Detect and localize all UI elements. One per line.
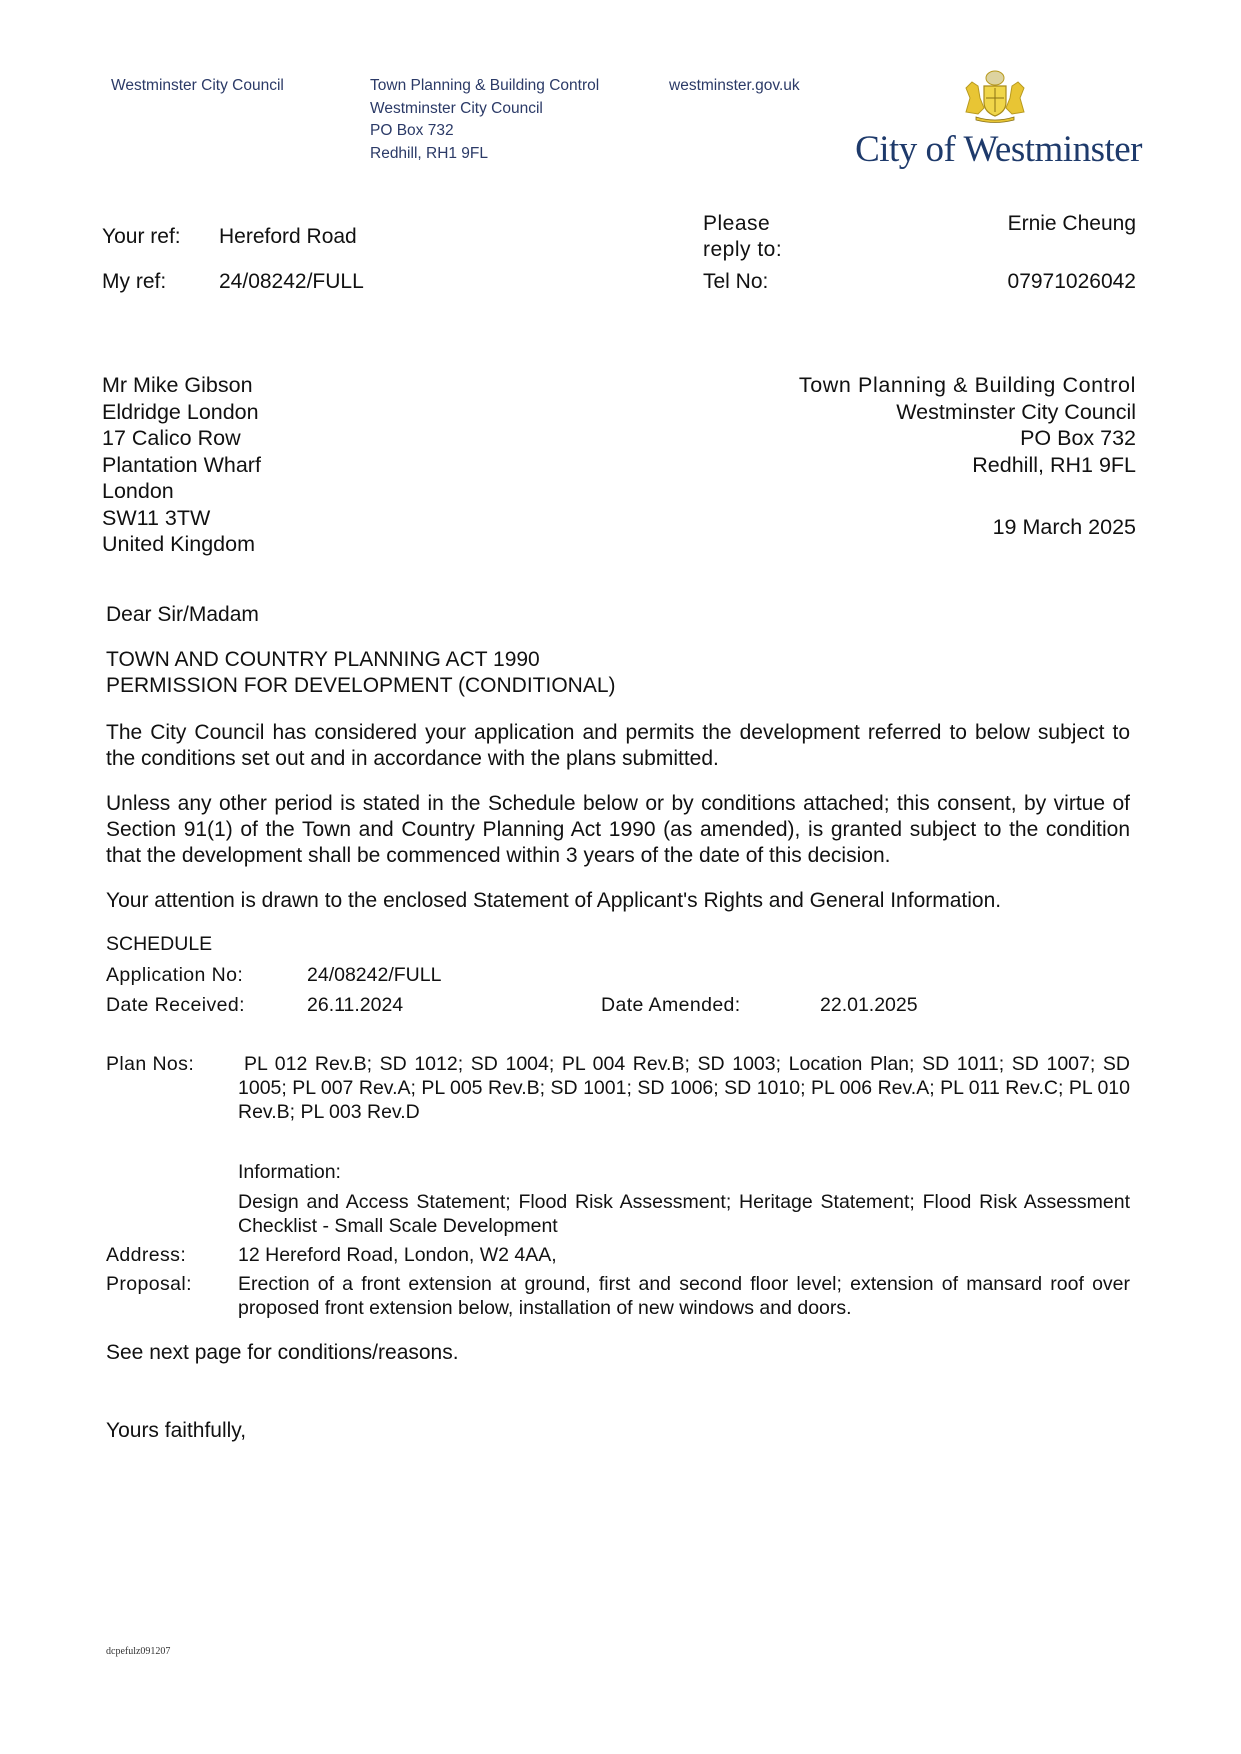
coat-of-arms-icon (960, 68, 1030, 123)
recipient-address-line: Plantation Wharf (102, 452, 261, 479)
information-value: Design and Access Statement; Flood Risk … (238, 1190, 1130, 1238)
sender-address: Town Planning & Building Control Westmin… (700, 372, 1136, 478)
recipient-address-line: 17 Calico Row (102, 425, 261, 452)
sender-address-line: Westminster City Council (700, 399, 1136, 426)
letterhead-address: Town Planning & Building Control Westmin… (370, 75, 599, 165)
letter-date: 19 March 2025 (700, 514, 1136, 541)
information-label: Information: (238, 1160, 1130, 1184)
reply-to-value: Ernie Cheung (880, 211, 1136, 237)
city-of-westminster-logo: City of Westminster (852, 128, 1142, 171)
my-ref-label: My ref: (102, 269, 166, 295)
date-amended-label: Date Amended: (601, 993, 741, 1017)
sender-address-line: PO Box 732 (700, 425, 1136, 452)
letterhead-address-line: Town Planning & Building Control (370, 75, 599, 98)
recipient-address-line: SW11 3TW (102, 505, 261, 532)
letterhead-address-line: Redhill, RH1 9FL (370, 143, 599, 166)
reply-to-label: Please reply to: (703, 211, 782, 263)
date-amended-value: 22.01.2025 (820, 993, 918, 1017)
tel-label: Tel No: (703, 269, 768, 295)
your-ref-value: Hereford Road (219, 224, 357, 250)
application-no-value: 24/08242/FULL (307, 963, 441, 987)
permission-heading: PERMISSION FOR DEVELOPMENT (CONDITIONAL) (106, 673, 616, 699)
proposal-label: Proposal: (106, 1272, 192, 1296)
tel-value: 07971026042 (880, 269, 1136, 295)
letterhead-website: westminster.gov.uk (669, 75, 800, 98)
reply-to-label-line: reply to: (703, 237, 782, 263)
reply-to-label-line: Please (703, 211, 782, 237)
letterhead-address-line: Westminster City Council (370, 98, 599, 121)
see-next-page: See next page for conditions/reasons. (106, 1340, 459, 1366)
letterhead-org-name: Westminster City Council (111, 75, 284, 98)
closing: Yours faithfully, (106, 1418, 246, 1444)
recipient-address-line: Eldridge London (102, 399, 261, 426)
recipient-address-line: London (102, 478, 261, 505)
paragraph-considered: The City Council has considered your app… (106, 720, 1130, 772)
address-label: Address: (106, 1243, 186, 1267)
sender-address-line: Town Planning & Building Control (700, 372, 1136, 399)
plan-nos-value: PL 012 Rev.B; SD 1012; SD 1004; PL 004 R… (238, 1052, 1130, 1124)
recipient-address-line: United Kingdom (102, 531, 261, 558)
salutation: Dear Sir/Madam (106, 602, 259, 628)
date-received-label: Date Received: (106, 993, 245, 1017)
recipient-address: Mr Mike Gibson Eldridge London 17 Calico… (102, 372, 261, 558)
letterhead-address-line: PO Box 732 (370, 120, 599, 143)
sender-address-line: Redhill, RH1 9FL (700, 452, 1136, 479)
act-heading: TOWN AND COUNTRY PLANNING ACT 1990 (106, 647, 540, 673)
recipient-address-line: Mr Mike Gibson (102, 372, 261, 399)
plan-nos-label: Plan Nos: (106, 1052, 194, 1076)
footer-code: dcpefulz091207 (106, 1646, 170, 1657)
my-ref-value: 24/08242/FULL (219, 269, 364, 295)
paragraph-attention: Your attention is drawn to the enclosed … (106, 888, 1130, 914)
application-no-label: Application No: (106, 963, 243, 987)
your-ref-label: Your ref: (102, 224, 181, 250)
paragraph-period: Unless any other period is stated in the… (106, 791, 1130, 869)
address-value: 12 Hereford Road, London, W2 4AA, (238, 1243, 1130, 1267)
schedule-title: SCHEDULE (106, 932, 212, 956)
date-received-value: 26.11.2024 (307, 993, 403, 1017)
proposal-value: Erection of a front extension at ground,… (238, 1272, 1130, 1320)
